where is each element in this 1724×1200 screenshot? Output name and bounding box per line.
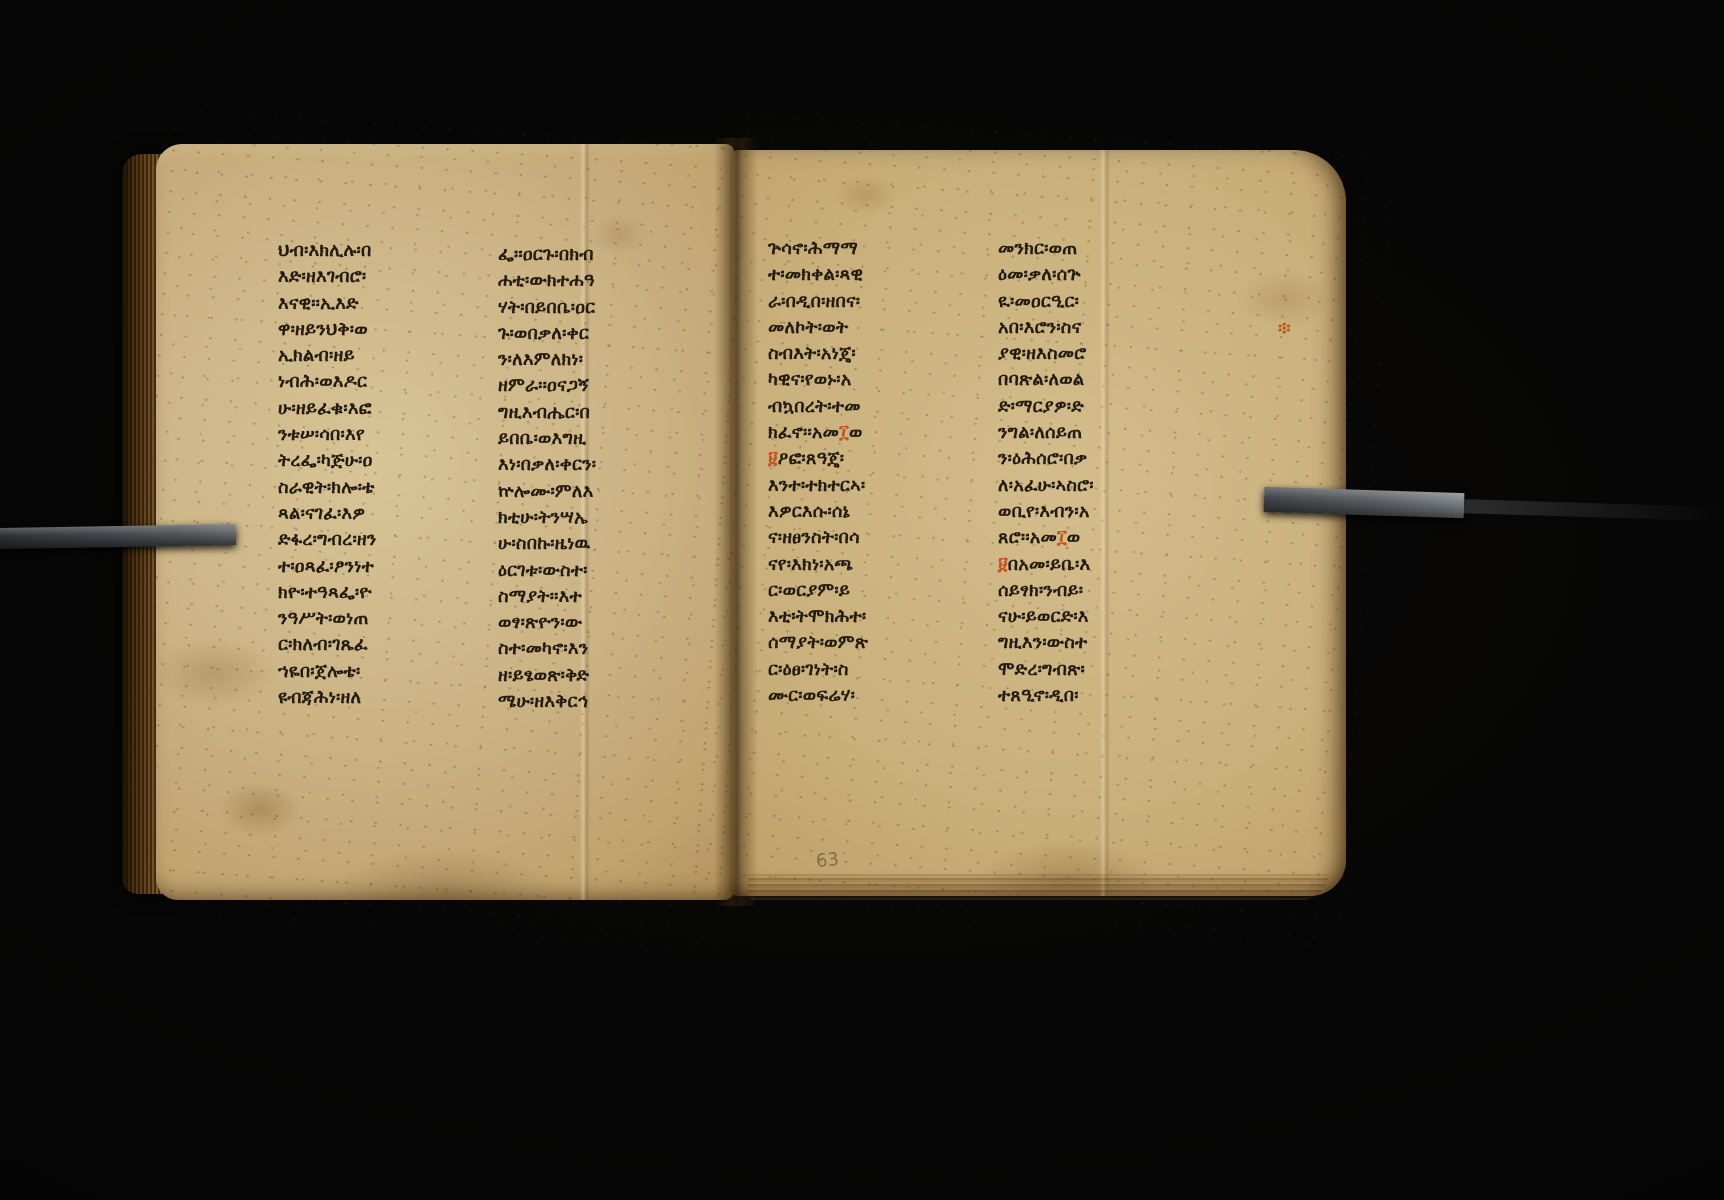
manuscript-line: ና፡ዘፀንስት፡በሳ	[768, 525, 973, 551]
manuscript-line: ስራዊት፡ክሎ፡ቴ	[278, 475, 483, 501]
manuscript-line: ናየ፡እክነ፡አጫ	[768, 552, 973, 578]
manuscript-line: እዎርእሱ፡ሰኔ	[768, 499, 973, 525]
manuscript-line: ለ፡አፈሁ፡ኣስሮ፡	[998, 473, 1203, 499]
manuscript-line: ተ፡መክቀል፡ጻዊ	[768, 262, 973, 288]
manuscript-line: ር፡ክለብ፡ገጼፈ	[278, 632, 483, 658]
manuscript-line: ናሁ፡ይወርድ፡እ	[998, 604, 1203, 630]
manuscript-line: ሃት፡በይበቤ፡ዐር	[498, 295, 703, 321]
manuscript-line: ያዊ፡ዘእስመሮ	[998, 341, 1203, 367]
manuscript-line: ኀዬበ፡ጀሎቴ፡	[278, 659, 483, 685]
text-column-1: ህብ፡እክሊሉ፡በእድ፡ዘእገብሮ፡እናዊ፡፡ኢእድዋ፡ዘይንህቅ፡ወኢክልብ፡…	[278, 238, 483, 730]
manuscript-line: ዕመ፡ቃለ፡ሰጕ	[998, 262, 1203, 288]
manuscript-line: ሐቲ፡ውክተሐዓ	[498, 268, 703, 294]
manuscript-line: ዩብጃሕነ፡ዘለ	[278, 685, 483, 711]
manuscript-line: እነ፡በቃለ፡ቀርን፡	[498, 452, 703, 478]
manuscript-line: ተጸዒኖ፡ዲበ፡	[998, 683, 1203, 709]
manuscript-line: ነብሕ፡ወእዶር	[278, 369, 483, 395]
manuscript-line: ዘምራ፡፡ዐናጋኝ	[498, 373, 703, 399]
manuscript-line: ን፡ለእምለክነ፡	[498, 347, 703, 373]
text-column-3: ጕሳኖ፡ሕማማተ፡መክቀል፡ጻዊራ፡በዲበ፡ዘበና፡መለኮት፡ወትስብእት፡አነ…	[768, 236, 973, 728]
manuscript-line: ሙር፡ወፍሬሃ፡	[768, 683, 973, 709]
manuscript-line: ድፋረ፡ግብረ፡ዘን	[278, 527, 483, 553]
manuscript-line: ንዓሥት፡ወነጠ	[278, 606, 483, 632]
manuscript-line: ብኳበረት፡ተመ	[768, 394, 973, 420]
manuscript-line: ትረፌ፡ካጅሁ፡ዐ	[278, 448, 483, 474]
manuscript-line: ኢክልብ፡ዘይ	[278, 343, 483, 369]
manuscript-line: ራ፡በዲበ፡ዘበና፡	[768, 289, 973, 315]
manuscript-line: ሞድረ፡ግብጽ፡	[998, 657, 1203, 683]
manuscript-line: ንቱሠ፡ሳበ፡እየ	[278, 422, 483, 448]
manuscript-line: ስብእት፡አነጄ፡	[768, 341, 973, 367]
manuscript-line: እንተ፡ተክተርኣ፡	[768, 473, 973, 499]
manuscript-line: ህብ፡እክሊሉ፡በ	[278, 238, 483, 264]
manuscript-line: እድ፡ዘእገብሮ፡	[278, 264, 483, 290]
manuscript-line: ስማያት፡፡እተ	[498, 584, 703, 610]
manuscript-line: ክቲሁ፡ትንሣኤ	[498, 505, 703, 531]
manuscript-line: እናዊ፡፡ኢእድ	[278, 291, 483, 317]
manuscript-line: ወፃ፡ጽዮን፡ው	[498, 610, 703, 636]
manuscript-line: ሜሁ፡ዘእቅርኅ	[498, 689, 703, 715]
manuscript-line: ወቢየ፡እብን፡አ	[998, 499, 1203, 525]
manuscript-line: ሁ፡ስበኩ፡ዜነዉ	[498, 531, 703, 557]
manuscript-line: ስተ፡መካኖ፡እን	[498, 636, 703, 662]
manuscript-line: ክዮ፡ተዓጻፌ፡ዮ	[278, 580, 483, 606]
manuscript-line: መለኮት፡ወት	[768, 315, 973, 341]
manuscript-line: ፱ዖፎ፡ጸዓጄ፡	[768, 446, 973, 472]
manuscript-line: ግዚእብሔር፡በ	[498, 400, 703, 426]
manuscript-line: ዘ፡ይፄወጽ፡ቅድ	[498, 663, 703, 689]
manuscript-line: ድ፡ማርያዎ፡ድ	[998, 394, 1203, 420]
manuscript-line: ክፈኖ፡፡አመ፲ወ	[768, 420, 973, 446]
manuscript-line: አበ፡እሮን፡ስና	[998, 315, 1203, 341]
manuscript-line: እቲ፡ትሞክሕተ፡	[768, 604, 973, 630]
text-column-4: መንክር፡ወጠዕመ፡ቃለ፡ሰጕዪ፡መዐርዒር፡አበ፡እሮን፡ስናያዊ፡ዘእስመሮ…	[998, 236, 1203, 728]
manuscript-line: ጕሳኖ፡ሕማማ	[768, 236, 973, 262]
manuscript-line: ንግል፡ለሰይጠ	[998, 420, 1203, 446]
manuscript-line: ን፡ዕሕሰሮ፡በቃ	[998, 446, 1203, 472]
manuscript-line: ር፡ዕፀ፡ገነት፡ስ	[768, 657, 973, 683]
manuscript-line: ዋ፡ዘይንህቅ፡ወ	[278, 317, 483, 343]
manuscript-line: ይበቤ፡ወእግዚ	[498, 426, 703, 452]
manuscript-book: ህብ፡እክሊሉ፡በእድ፡ዘእገብሮ፡እናዊ፡፡ኢእድዋ፡ዘይንህቅ፡ወኢክልብ፡…	[118, 138, 1346, 906]
manuscript-line: ካዊና፡የወኑ፡አ	[768, 367, 973, 393]
manuscript-line: ጻል፡ናገፈ፡እዎ	[278, 501, 483, 527]
manuscript-line: ፌ፡፡ዐርጉ፡በክብ	[498, 242, 703, 268]
manuscript-line: ዪ፡መዐርዒር፡	[998, 289, 1203, 315]
rubric-dot-cross-ornament: ፨	[1278, 318, 1291, 339]
text-column-2: ፌ፡፡ዐርጉ፡በክብሐቲ፡ውክተሐዓሃት፡በይበቤ፡ዐርጉ፡ወበቃለ፡ቀርን፡ለ…	[498, 242, 703, 734]
photo-background: ህብ፡እክሊሉ፡በእድ፡ዘእገብሮ፡እናዊ፡፡ኢእድዋ፡ዘይንህቅ፡ወኢክልብ፡…	[0, 0, 1724, 1200]
manuscript-line: ዕርገቱ፡ውስተ፡	[498, 558, 703, 584]
manuscript-line: ሁ፡ዘይፈቁ፡እፎ	[278, 396, 483, 422]
manuscript-line: በባጽል፡ለወል	[998, 367, 1203, 393]
manuscript-line: ፱በአመ፡ይቤ፡እ	[998, 552, 1203, 578]
manuscript-line: ኵሎሙ፡ምለእ	[498, 479, 703, 505]
manuscript-line: ጉ፡ወበቃለ፡ቀር	[498, 321, 703, 347]
manuscript-line: ግዚእን፡ውስተ	[998, 630, 1203, 656]
manuscript-line: ሰማያት፡ወምጽ	[768, 630, 973, 656]
folio-number-pencil: 63	[815, 849, 840, 872]
manuscript-line: ሰይፃክ፡ንብይ፡	[998, 578, 1203, 604]
manuscript-line: ተ፡ዐጻፈ፡ፆንነተ	[278, 554, 483, 580]
manuscript-line: ጸሮ፡፡አመ፲ወ	[998, 525, 1203, 551]
manuscript-line: መንክር፡ወጠ	[998, 236, 1203, 262]
manuscript-line: ር፡ወርያም፡ይ	[768, 578, 973, 604]
